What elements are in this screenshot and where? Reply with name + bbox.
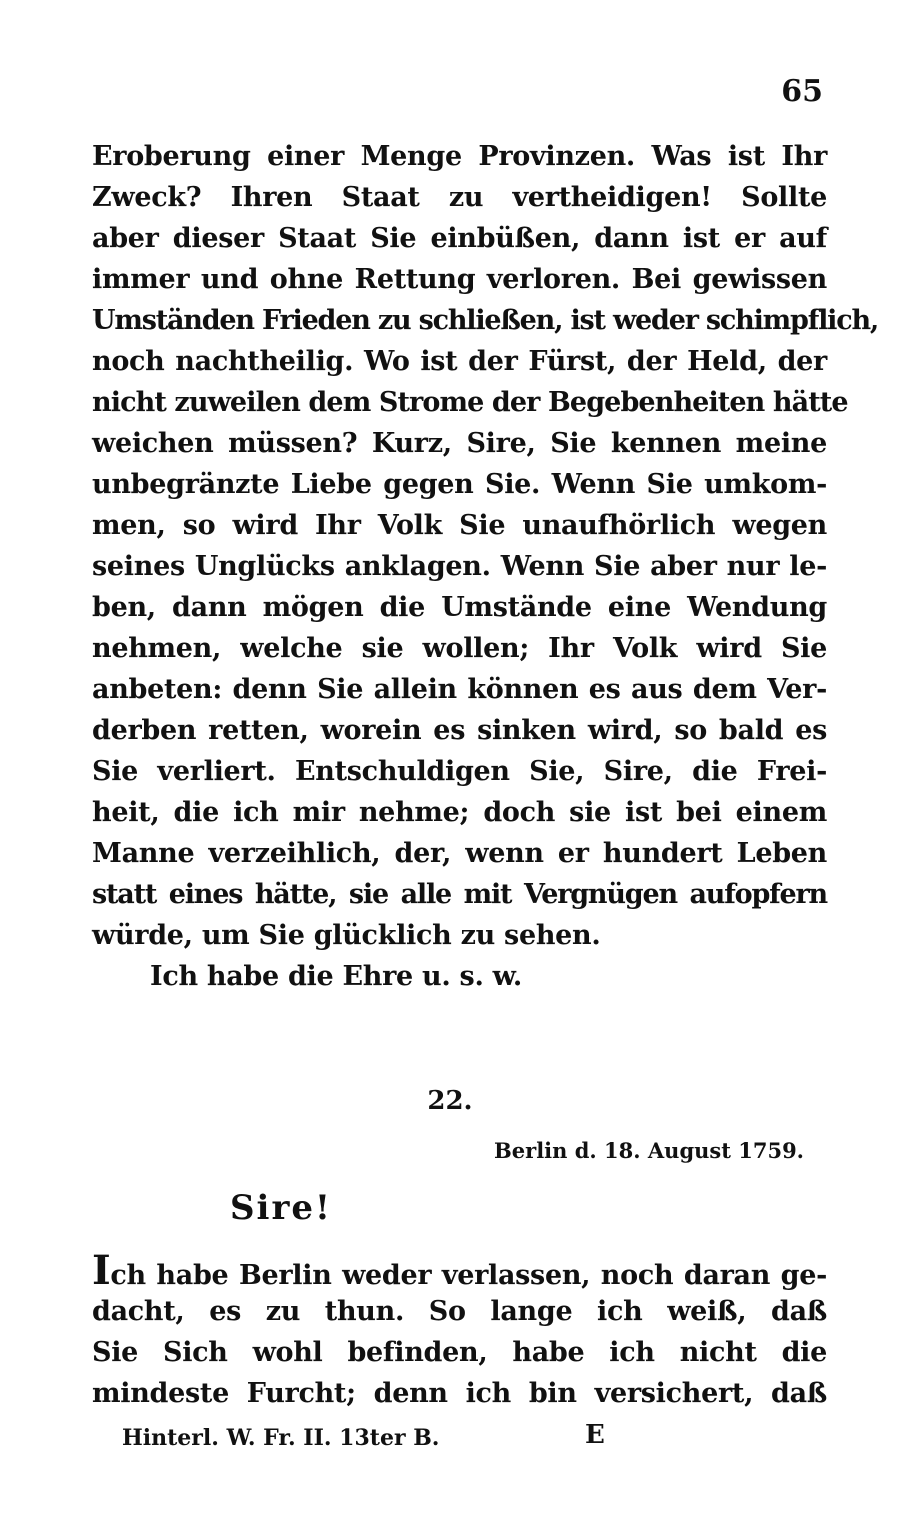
text-line: Zweck? Ihren Staat zu vertheidigen! Soll… bbox=[92, 177, 827, 218]
text-line: immer und ohne Rettung verloren. Bei gew… bbox=[92, 259, 827, 300]
text-line: Umständen Frieden zu schließen, ist wede… bbox=[92, 300, 827, 341]
text-line: noch nachtheilig. Wo ist der Fürst, der … bbox=[92, 341, 827, 382]
continuation-text: Eroberung einer Menge Provinzen. Was ist… bbox=[92, 136, 827, 997]
text-line: heit, die ich mir nehme; doch sie ist be… bbox=[92, 792, 827, 833]
text-line: weichen müssen? Kurz, Sire, Sie kennen m… bbox=[92, 423, 827, 464]
text-line: Sie verliert. Entschuldigen Sie, Sire, d… bbox=[92, 751, 827, 792]
text-line: Eroberung einer Menge Provinzen. Was ist… bbox=[92, 136, 827, 177]
footer-sheet-mark: E bbox=[585, 1420, 605, 1450]
text-line-rest: ch habe Berlin weder verlassen, noch dar… bbox=[110, 1260, 827, 1291]
text-line: unbegränzte Liebe gegen Sie. Wenn Sie um… bbox=[92, 464, 827, 505]
drop-initial: I bbox=[92, 1247, 110, 1294]
text-line: mindeste Furcht; denn ich bin versichert… bbox=[92, 1373, 827, 1414]
text-line: aber dieser Staat Sie einbüßen, dann ist… bbox=[92, 218, 827, 259]
text-line: statt eines hätte, sie alle mit Vergnüge… bbox=[92, 874, 827, 915]
text-line: Sie Sich wohl befinden, habe ich nicht d… bbox=[92, 1332, 827, 1373]
text-line: seines Unglücks anklagen. Wenn Sie aber … bbox=[92, 546, 827, 587]
text-line: würde, um Sie glücklich zu sehen. bbox=[92, 915, 827, 956]
salutation: Sire! bbox=[230, 1188, 332, 1228]
footer-signature: Hinterl. W. Fr. II. 13ter B. bbox=[122, 1425, 439, 1451]
dateline: Berlin d. 18. August 1759. bbox=[494, 1138, 804, 1163]
text-line: nehmen, welche sie wollen; Ihr Volk wird… bbox=[92, 628, 827, 669]
text-line: anbeten: denn Sie allein können es aus d… bbox=[92, 669, 827, 710]
text-line: ben, dann mögen die Umstände eine Wendun… bbox=[92, 587, 827, 628]
text-line: men, so wird Ihr Volk Sie unaufhörlich w… bbox=[92, 505, 827, 546]
page-number: 65 bbox=[781, 74, 823, 109]
text-line: nicht zuweilen dem Strome der Begebenhei… bbox=[92, 382, 827, 423]
closing-formula: Ich habe die Ehre u. s. w. bbox=[92, 956, 827, 997]
letter-body: Ich habe Berlin weder verlassen, noch da… bbox=[92, 1250, 827, 1414]
text-line: derben retten, worein es sinken wird, so… bbox=[92, 710, 827, 751]
text-line: Manne verzeihlich, der, wenn er hundert … bbox=[92, 833, 827, 874]
text-line-first: Ich habe Berlin weder verlassen, noch da… bbox=[92, 1250, 827, 1291]
letter-number: 22. bbox=[0, 1086, 900, 1116]
text-line: dacht, es zu thun. So lange ich weiß, da… bbox=[92, 1291, 827, 1332]
